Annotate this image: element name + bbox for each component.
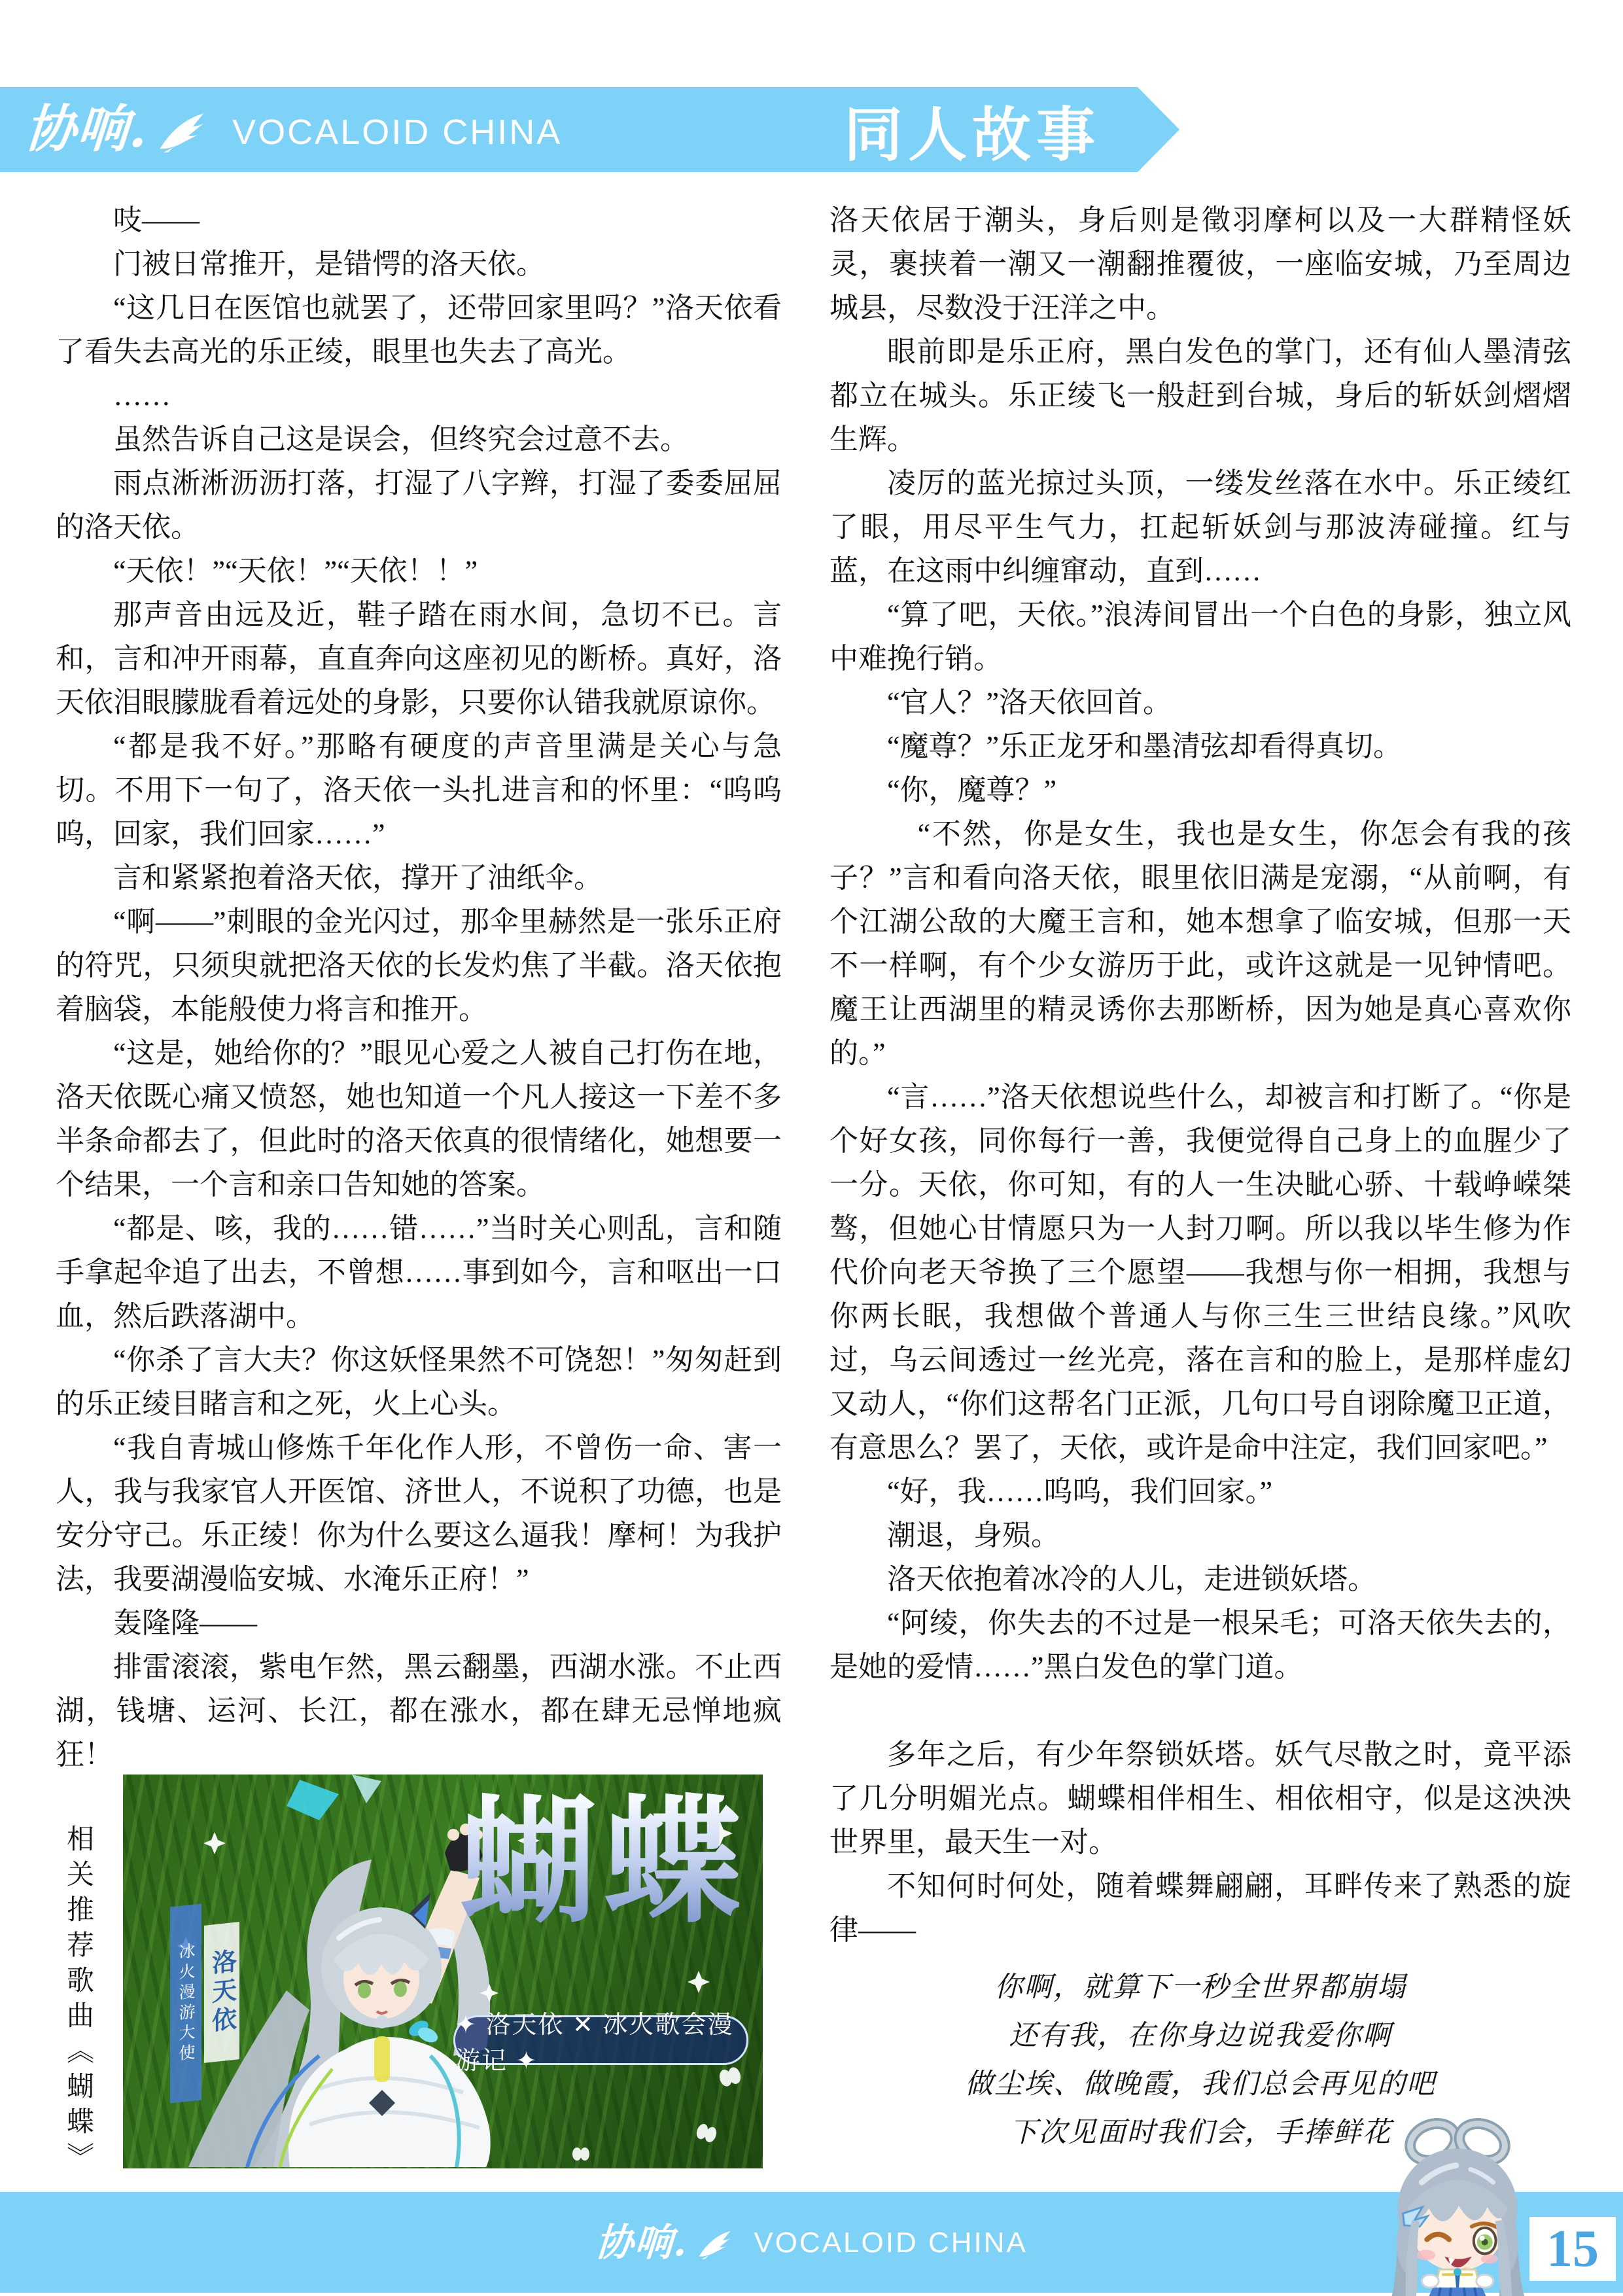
magazine-page: 协响. VOCALOID CHINA 同人故事 吱——门被日常推开，是错愕的洛天… <box>0 0 1623 2296</box>
story-paragraph: 洛天依抱着冰冷的人儿，走进锁妖塔。 <box>829 1557 1571 1601</box>
story-paragraph: “这几日在医馆也就罢了，还带回家里吗？”洛天依看了看失去高光的乐正绫，眼里也失去… <box>56 286 782 374</box>
story-paragraph: 虽然告诉自己这是误会，但终究会过意不去。 <box>56 417 782 461</box>
album-art-image: 蝴蝶 ✦ 洛天依 ✕ 冰火歌会漫游记 ✦ 冰火漫游大使 洛天依 <box>123 1775 763 2168</box>
wing-icon <box>158 112 205 154</box>
story-paragraph: “官人？”洛天依回首。 <box>829 680 1571 724</box>
lyric-line: 做尘埃、做晚霞，我们总会再见的吧 <box>829 2060 1571 2109</box>
story-paragraph: “都是我不好。”那略有硬度的声音里满是关心与急切。不用下一句了，洛天依一头扎进言… <box>56 724 782 856</box>
story-text-right: 洛天依居于潮头，身后则是徵羽摩柯以及一大群精怪妖灵，裹挟着一潮又一潮翻推覆彼，一… <box>829 198 1571 1952</box>
lyric-line: 还有我，在你身边说我爱你啊 <box>829 2012 1571 2060</box>
story-paragraph: 凌厉的蓝光掠过头顶，一缕发丝落在水中。乐正绫红了眼，用尽平生气力，扛起斩妖剑与那… <box>829 461 1571 593</box>
story-paragraph: “阿绫，你失去的不过是一根呆毛；可洛天依失去的，是她的爱情……”黑白发色的掌门道… <box>829 1601 1571 1689</box>
banner-arrow-tip <box>1138 87 1179 172</box>
story-paragraph: 排雷滚滚，紫电乍然，黑云翻墨，西湖水涨。不止西湖，钱塘、运河、长江，都在涨水，都… <box>56 1645 782 1776</box>
footer-logo: 协响. VOCALOID CHINA <box>595 2223 1028 2261</box>
story-paragraph: 轰隆隆—— <box>56 1601 782 1645</box>
story-paragraph: 吱—— <box>56 198 782 242</box>
header-logo: 协响. VOCALOID CHINA <box>0 104 562 155</box>
story-paragraph: “不然，你是女生，我也是女生，你怎会有我的孩子？”言和看向洛天依，眼里依旧满是宠… <box>829 812 1571 1075</box>
recommended-song-label: 相关推荐歌曲《蝴蝶》 <box>59 1824 98 2178</box>
story-column-left: 吱——门被日常推开，是错愕的洛天依。“这几日在医馆也就罢了，还带回家里吗？”洛天… <box>56 198 782 1776</box>
story-paragraph: “我自青城山修炼千年化作人形，不曾伤一命、害一人，我与我家官人开医馆、济世人，不… <box>56 1426 782 1601</box>
story-paragraph: 潮退，身殒。 <box>829 1513 1571 1557</box>
story-paragraph: 门被日常推开，是错愕的洛天依。 <box>56 242 782 286</box>
chibi-mascot-luo-tianyi <box>1355 2117 1560 2296</box>
story-paragraph: 言和紧紧抱着洛天依，撑开了油纸伞。 <box>56 856 782 900</box>
brand-logo-zh: 协响. <box>594 2223 689 2261</box>
story-paragraph: “天依！”“天依！”“天依！！” <box>56 549 782 593</box>
story-paragraph: …… <box>56 374 782 417</box>
wing-icon <box>697 2230 731 2260</box>
story-paragraph: 那声音由远及近，鞋子踏在雨水间，急切不已。言和，言和冲开雨幕，直直奔向这座初见的… <box>56 593 782 724</box>
story-paragraph: 雨点淅淅沥沥打落，打湿了八字辫，打湿了委委屈屈的洛天依。 <box>56 461 782 549</box>
story-paragraph: “魔尊？”乐正龙牙和墨清弦却看得真切。 <box>829 724 1571 768</box>
story-paragraph: “这是，她给你的？”眼见心爱之人被自己打伤在地，洛天依既心痛又愤怒，她也知道一个… <box>56 1031 782 1207</box>
album-title: 蝴蝶 <box>450 1786 758 1937</box>
lyric-line: 你啊，就算下一秒全世界都崩塌 <box>829 1964 1571 2012</box>
story-paragraph: 眼前即是乐正府，黑白发色的掌门，还有仙人墨清弦都立在城头。乐正绫飞一般赶到台城，… <box>829 330 1571 461</box>
section-title: 同人故事 <box>844 87 1100 172</box>
story-text-left: 吱——门被日常推开，是错愕的洛天依。“这几日在医馆也就罢了，还带回家里吗？”洛天… <box>56 198 782 1776</box>
story-paragraph: “都是、咳，我的……错……”当时关心则乱，言和随手拿起伞追了出去，不曾想……事到… <box>56 1207 782 1338</box>
album-ribbon-role: 冰火漫游大使 <box>170 1903 201 2103</box>
story-paragraph: “你杀了言大夫？你这妖怪果然不可饶恕！”匆匆赶到的乐正绫目睹言和之死，火上心头。 <box>56 1338 782 1426</box>
story-column-right: 洛天依居于潮头，身后则是徵羽摩柯以及一大群精怪妖灵，裹挟着一潮又一潮翻推覆彼，一… <box>829 198 1571 2157</box>
brand-logo-zh: 协响. <box>23 104 150 155</box>
brand-logo-en: VOCALOID CHINA <box>754 2229 1028 2257</box>
brand-logo-en: VOCALOID CHINA <box>232 115 562 150</box>
story-paragraph: 不知何时何处，随着蝶舞翩翩，耳畔传来了熟悉的旋律—— <box>829 1864 1571 1952</box>
story-paragraph: “啊——”刺眼的金光闪过，那伞里赫然是一张乐正府的符咒，只须臾就把洛天依的长发灼… <box>56 900 782 1031</box>
album-subtitle-pill: ✦ 洛天依 ✕ 冰火歌会漫游记 ✦ <box>453 2015 748 2065</box>
story-paragraph: 多年之后，有少年祭锁妖塔。妖气尽散之时，竟平添了几分明媚光点。蝴蝶相伴相生、相依… <box>829 1733 1571 1864</box>
story-paragraph: “你，魔尊？” <box>829 768 1571 812</box>
story-paragraph: “言……”洛天依想说些什么，却被言和打断了。“你是个好女孩，同你每行一善，我便觉… <box>829 1075 1571 1470</box>
header-banner: 协响. VOCALOID CHINA 同人故事 <box>0 87 1138 172</box>
story-paragraph <box>829 1689 1571 1733</box>
story-paragraph: “算了吧，天依。”浪涛间冒出一个白色的身影，独立风中难挽行销。 <box>829 593 1571 680</box>
album-ribbon-name: 洛天依 <box>204 1922 239 2063</box>
story-paragraph: “好，我……呜呜，我们回家。” <box>829 1470 1571 1513</box>
story-paragraph: 洛天依居于潮头，身后则是徵羽摩柯以及一大群精怪妖灵，裹挟着一潮又一潮翻推覆彼，一… <box>829 198 1571 330</box>
